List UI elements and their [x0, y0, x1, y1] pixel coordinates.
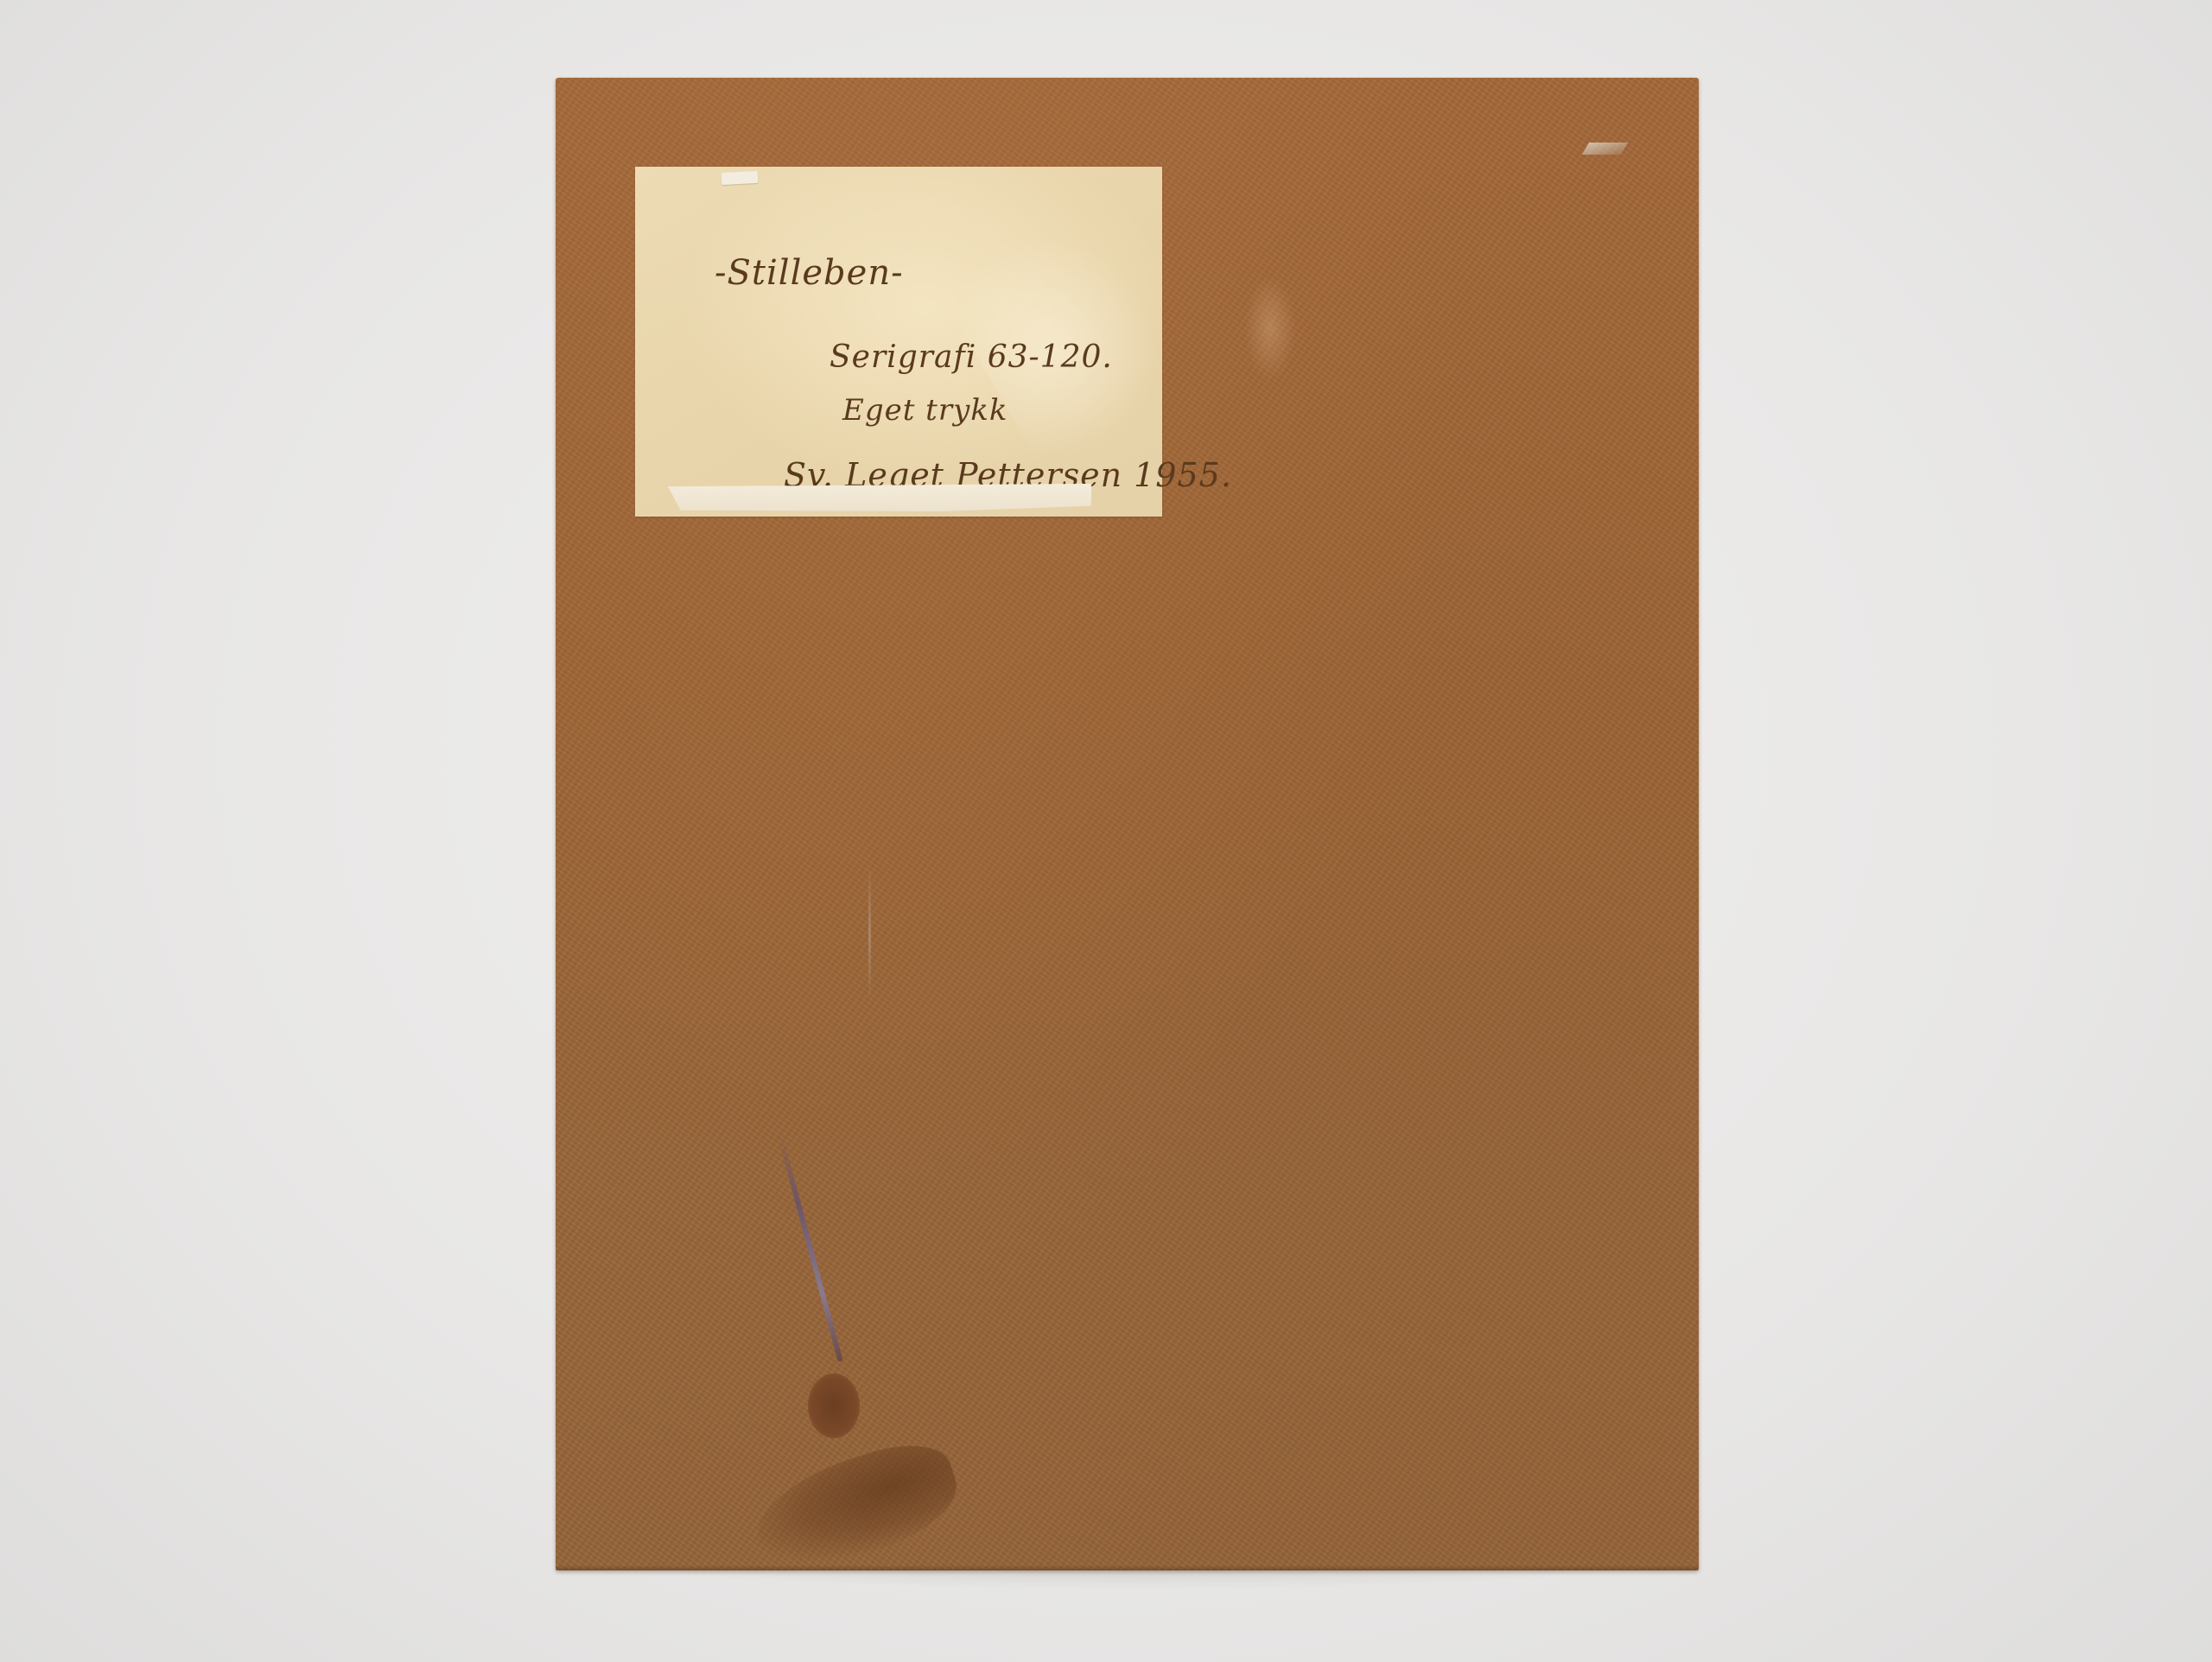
label-title: -Stilleben- [715, 253, 904, 293]
paint-blob-mark [808, 1373, 860, 1438]
pale-mark [1244, 276, 1296, 380]
label-technique: Serigrafi 63-120. [829, 339, 1113, 375]
tape-strip-bottom [668, 484, 1091, 511]
faint-scratch [868, 864, 871, 1002]
label-edition: Eget trykk [842, 393, 1008, 428]
board-bottom-edge [556, 1565, 1699, 1570]
handwritten-label: -Stilleben- Serigrafi 63-120. Eget trykk… [635, 167, 1162, 517]
scuff-mark [1582, 143, 1628, 155]
tape-strip-top [721, 171, 759, 185]
